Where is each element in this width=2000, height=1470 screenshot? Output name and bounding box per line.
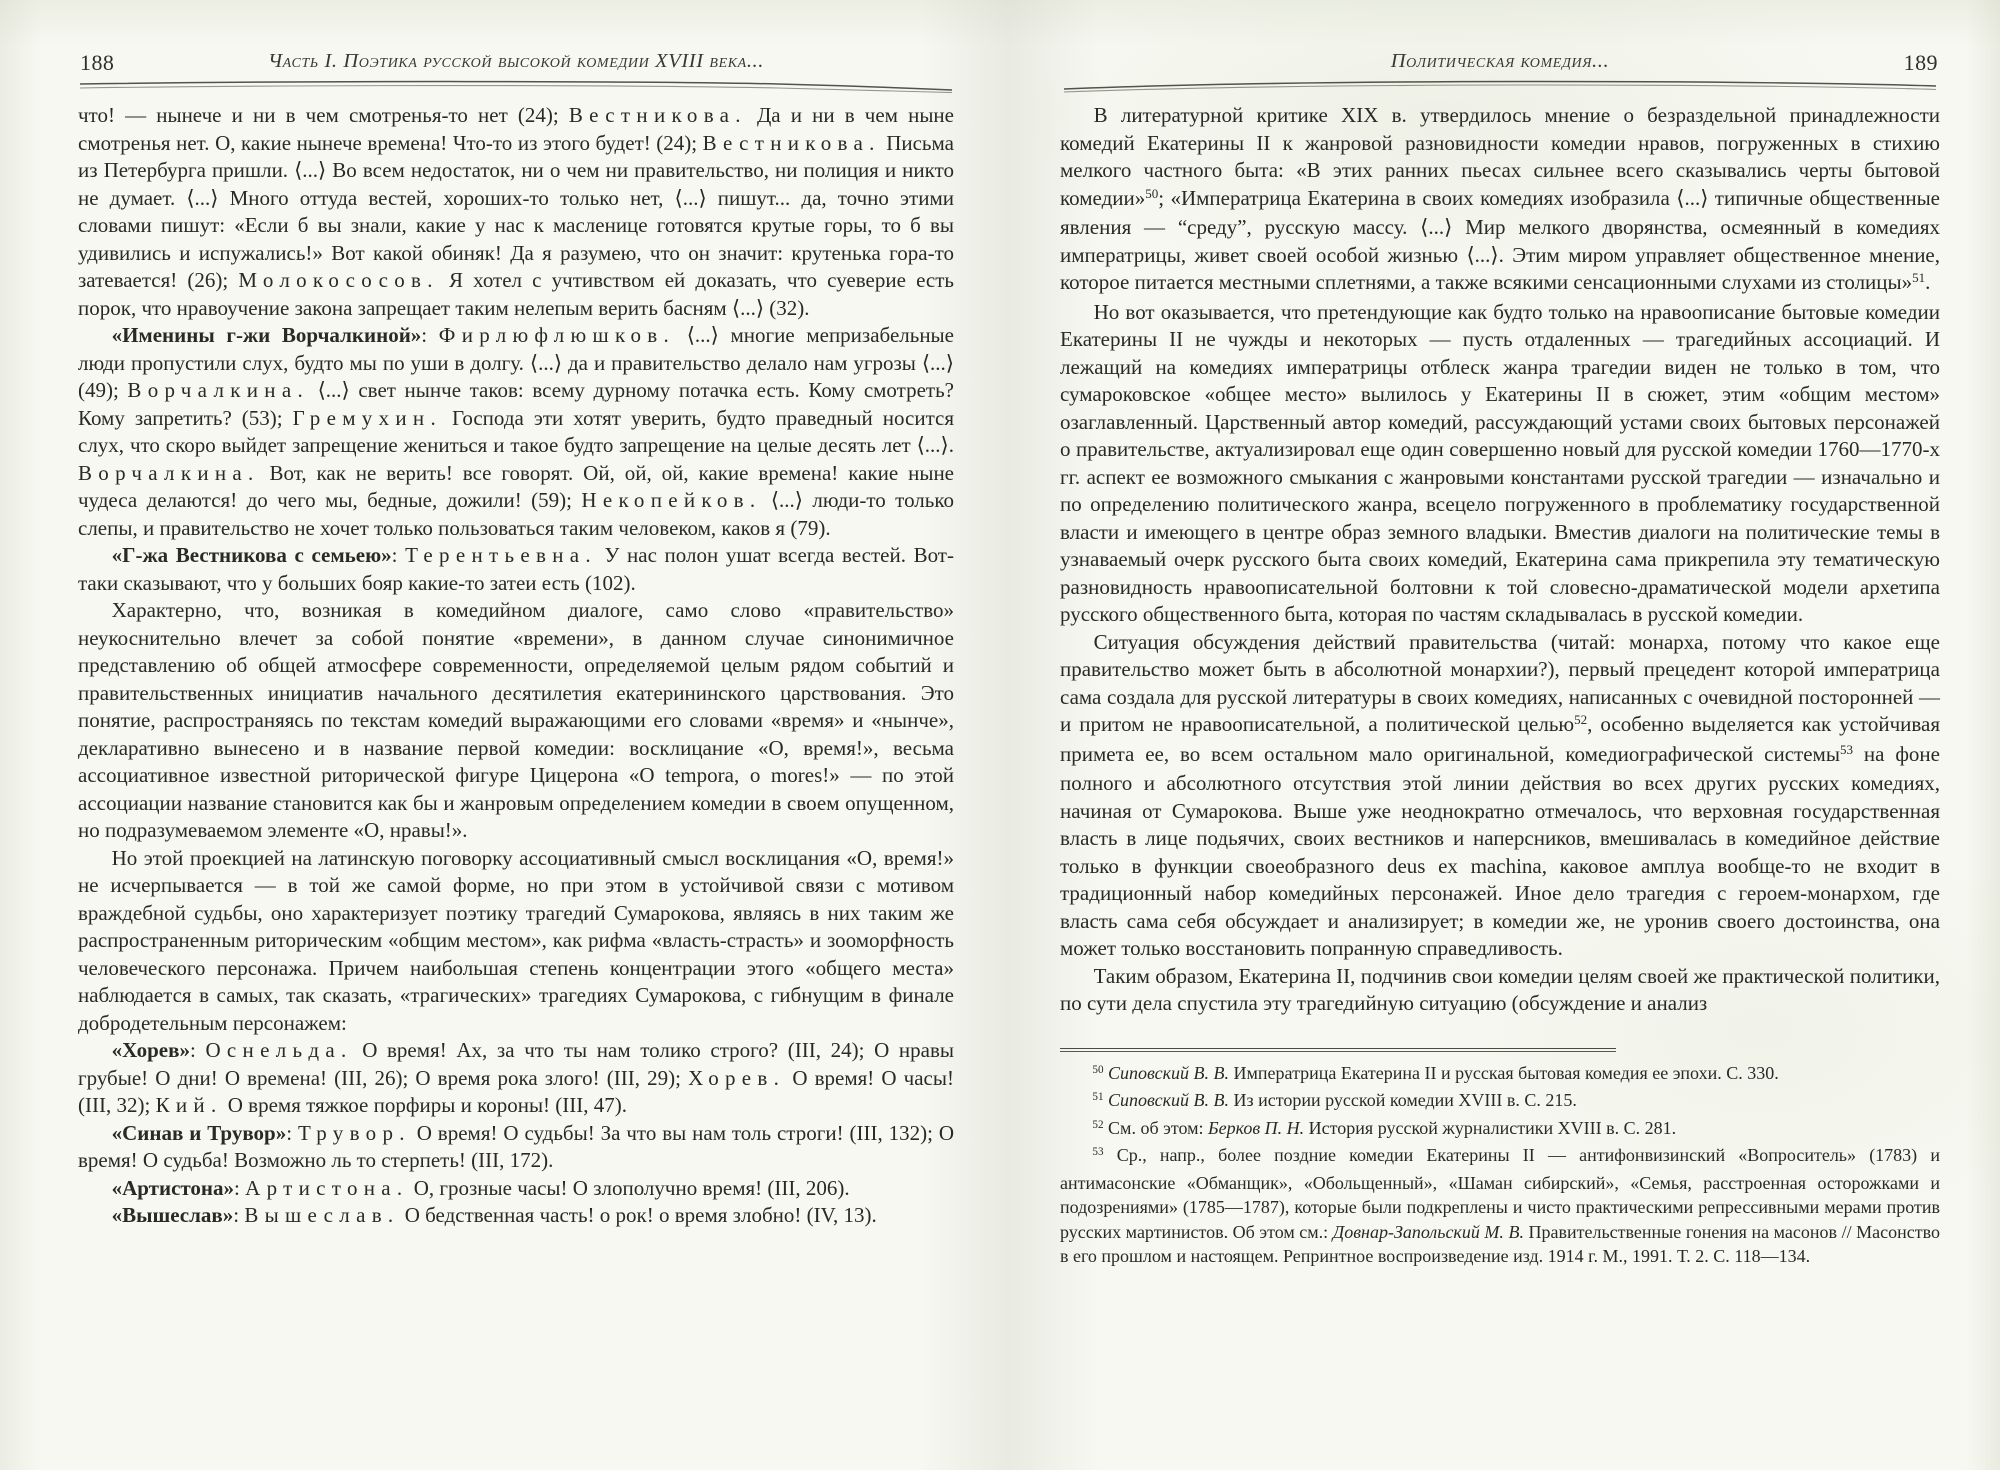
body-paragraph: «Г-жа Вестникова с семьею»: Терентьевна.… (78, 542, 954, 597)
text-run: Артистона. (245, 1176, 408, 1200)
text-run: История русской журналистики XVIII в. С.… (1304, 1118, 1676, 1138)
body-paragraph: В литературной критике XIX в. утвердилос… (1060, 102, 1940, 299)
text-run: 53 (1840, 742, 1853, 757)
text-run: «Вышеслав» (112, 1203, 234, 1227)
page-number: 189 (1904, 50, 1938, 76)
quote-paragraph: «Вышеслав»: Вышеслав. О бедственная част… (78, 1202, 954, 1230)
footnote: 51 Сиповский В. В. Из истории русской ко… (1060, 1088, 1940, 1116)
text-run: «Хорев» (112, 1038, 190, 1062)
text-run: О бедственная часть! о рок! о время злоб… (399, 1203, 876, 1227)
text-run: 53 (1092, 1146, 1103, 1158)
text-run: Молокососов. (238, 268, 438, 292)
text-run: Фирлюфлюшков. (439, 323, 675, 347)
text-run: Вестникова. (569, 103, 747, 127)
page-189-body: В литературной критике XIX в. утвердилос… (1060, 102, 1940, 1018)
text-run: 52 (1574, 712, 1587, 727)
page-number: 188 (80, 50, 114, 76)
text-run: О, грозные часы! О злополучно время! (II… (408, 1176, 849, 1200)
body-paragraph: «Именины г-жи Ворчалкиной»: Фирлюфлюшков… (78, 322, 954, 542)
text-run: Вестникова. (703, 131, 881, 155)
body-paragraph: Но вот оказывается, что претендующие как… (1060, 299, 1940, 629)
body-paragraph: Характерно, что, возникая в комедийном д… (78, 597, 954, 845)
quote-paragraph: «Артистона»: Артистона. О, грозные часы!… (78, 1175, 954, 1203)
text-run: Трувор. (298, 1121, 411, 1145)
text-run: О время тяжкое порфиры и короны! (III, 4… (223, 1093, 628, 1117)
text-run: Гремухин. (293, 406, 442, 430)
text-run: Но вот оказывается, что претендующие как… (1060, 300, 1940, 627)
text-run: Берков П. Н. (1208, 1118, 1304, 1138)
text-run: Ворчалкина. (78, 461, 260, 485)
text-run: Таким образом, Екатерина II, подчинив св… (1060, 964, 1940, 1016)
text-run: : (392, 543, 405, 567)
text-run: 51 (1092, 1091, 1103, 1103)
text-run: Довнар-Запольский М. В. (1333, 1222, 1524, 1242)
header-rule (1060, 79, 1940, 93)
text-run: Оснельда. (205, 1038, 352, 1062)
text-run: «Артистона» (112, 1176, 234, 1200)
text-run: : (190, 1038, 206, 1062)
text-run: Кий. (156, 1093, 223, 1117)
text-run: Но этой проекцией на латинскую поговорку… (78, 846, 954, 1035)
page-188: 188 Часть I. Поэтика русской высокой ком… (78, 0, 954, 1470)
text-run: «Именины г-жи Ворчалкиной» (112, 323, 422, 347)
text-run: на фоне полного и абсолютного отсутствия… (1060, 742, 1940, 961)
text-run: что! — нынече и ни в чем смотренья-то не… (78, 103, 569, 127)
text-run: : (286, 1121, 298, 1145)
body-paragraph: Таким образом, Екатерина II, подчинив св… (1060, 963, 1940, 1018)
running-head: Политическая комедия... (1060, 50, 1940, 73)
footnotes-section: 50 Сиповский В. В. Императрица Екатерина… (1060, 1048, 1940, 1269)
body-paragraph: Ситуация обсуждения действий правительст… (1060, 629, 1940, 963)
text-run: 52 (1092, 1119, 1103, 1131)
text-run: 51 (1912, 270, 1925, 285)
text-run: : (421, 323, 439, 347)
text-run: : (234, 1176, 245, 1200)
text-run: Хорев. (688, 1066, 785, 1090)
text-run: «Синав и Трувор» (112, 1121, 287, 1145)
footnote: 50 Сиповский В. В. Императрица Екатерина… (1060, 1061, 1940, 1089)
footnote: 52 См. об этом: Берков П. Н. История рус… (1060, 1116, 1940, 1144)
text-run: Сиповский В. В. (1108, 1090, 1229, 1110)
text-run: «Г-жа Вестникова с семьею» (112, 543, 392, 567)
footnote: 53 Ср., напр., более поздние комедии Ека… (1060, 1143, 1940, 1269)
text-run: Из истории русской комедии XVIII в. С. 2… (1229, 1090, 1577, 1110)
header-rule (78, 79, 954, 93)
text-run: Ворчалкина. (127, 378, 309, 402)
text-run: Сиповский В. В. (1108, 1063, 1229, 1083)
text-run: . (1925, 270, 1930, 294)
text-run: Некопейков. (581, 488, 761, 512)
text-run: Вышеслав. (244, 1203, 399, 1227)
text-run: 50 (1092, 1064, 1103, 1076)
page-189: Политическая комедия... 189 В литературн… (1060, 0, 1940, 1470)
text-run: ; «Императрица Екатерина в своих комедия… (1060, 186, 1940, 295)
footnote-separator (1060, 1048, 1616, 1052)
quote-paragraph: «Хорев»: Оснельда. О время! Ах, за что т… (78, 1037, 954, 1120)
page-189-header: Политическая комедия... 189 (1060, 50, 1940, 78)
text-run: Характерно, что, возникая в комедийном д… (78, 598, 954, 842)
page-188-header: 188 Часть I. Поэтика русской высокой ком… (78, 50, 954, 78)
text-run: См. об этом: (1104, 1118, 1208, 1138)
quote-paragraph: «Синав и Трувор»: Трувор. О время! О суд… (78, 1120, 954, 1175)
body-paragraph: Но этой проекцией на латинскую поговорку… (78, 845, 954, 1038)
text-run: : (233, 1203, 244, 1227)
text-run: Императрица Екатерина II и русская бытов… (1229, 1063, 1779, 1083)
book-spread: 188 Часть I. Поэтика русской высокой ком… (0, 0, 2000, 1470)
text-run: 50 (1145, 186, 1158, 201)
body-paragraph: что! — нынече и ни в чем смотренья-то не… (78, 102, 954, 322)
page-188-body: что! — нынече и ни в чем смотренья-то не… (78, 102, 954, 1230)
text-run: Терентьевна. (405, 543, 597, 567)
running-head: Часть I. Поэтика русской высокой комедии… (78, 50, 954, 73)
